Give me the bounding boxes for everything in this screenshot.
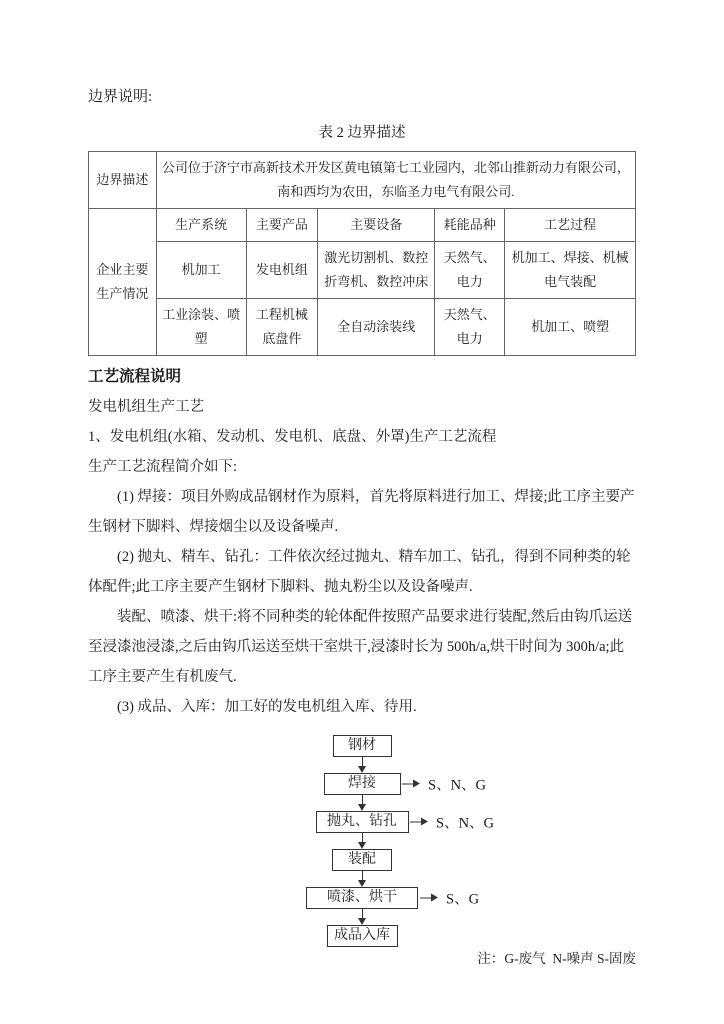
- flowchart-legend-note: 注：G-废气 N-噪声 S-固废: [88, 949, 636, 969]
- process-section-heading: 工艺流程说明: [88, 362, 636, 392]
- flow-node-steel: 钢材: [333, 735, 392, 757]
- table-row: 工业涂装、喷塑 工程机械底盘件 全自动涂装线 天然气、电力 机加工、喷塑: [89, 299, 636, 356]
- table-cell: 发电机组: [246, 242, 318, 299]
- table-cell: 机加工、焊接、机械电气装配: [505, 242, 636, 299]
- table-row: 企业主要生产情况 生产系统 主要产品 主要设备 耗能品种 工艺过程: [89, 209, 636, 242]
- process-paragraph-assembly-painting: 装配、喷漆、烘干:将不同种类的轮体配件按照产品要求进行装配,然后由钩爪运送至浸漆…: [88, 602, 636, 692]
- flow-node-welding: 焊接: [324, 773, 401, 795]
- flow-side-output: S、N、G: [410, 812, 494, 833]
- boundary-text-cell: 公司位于济宁市高新技术开发区黄电镇第七工业园内，北邻山推新动力有限公司，南和西均…: [156, 152, 635, 209]
- down-arrow-icon: [358, 909, 367, 925]
- flow-side-label: S、N、G: [436, 812, 494, 833]
- right-arrow-icon: [410, 818, 429, 827]
- flow-row: 装配: [88, 849, 636, 871]
- process-subheading: 发电机组生产工艺: [88, 392, 636, 422]
- table-row: 边界描述 公司位于济宁市高新技术开发区黄电镇第七工业园内，北邻山推新动力有限公司…: [89, 152, 636, 209]
- process-paragraph-shot-blasting: (2) 抛丸、精车、钻孔：工件依次经过抛丸、精车加工、钻孔，得到不同种类的轮体配…: [88, 542, 636, 602]
- table-header-cell: 耗能品种: [435, 209, 505, 242]
- down-arrow-icon: [358, 757, 367, 773]
- right-arrow-icon: [402, 780, 421, 789]
- boundary-section-heading: 边界说明:: [88, 86, 636, 108]
- table-cell: 天然气、电力: [435, 299, 505, 356]
- flow-node-shot-drill: 抛丸、钻孔: [316, 811, 409, 833]
- production-label-cell: 企业主要生产情况: [89, 209, 157, 356]
- boundary-table: 边界描述 公司位于济宁市高新技术开发区黄电镇第七工业园内，北邻山推新动力有限公司…: [88, 151, 636, 356]
- flow-side-output: S、G: [420, 888, 479, 909]
- flow-row: 抛丸、钻孔 S、N、G: [88, 811, 636, 833]
- process-paragraph-welding: (1) 焊接：项目外购成品钢材作为原料，首先将原料进行加工、焊接;此工序主要产生…: [88, 482, 636, 542]
- table-header-cell: 生产系统: [156, 209, 246, 242]
- down-arrow-icon: [358, 833, 367, 849]
- right-arrow-icon: [420, 894, 439, 903]
- flow-row: 钢材: [88, 735, 636, 757]
- flow-row: 焊接 S、N、G: [88, 773, 636, 795]
- flow-side-label: S、G: [446, 888, 479, 909]
- down-arrow-icon: [358, 795, 367, 811]
- flow-node-assembly: 装配: [332, 849, 392, 871]
- flow-row: 喷漆、烘干 S、G: [88, 887, 636, 909]
- table-row: 机加工 发电机组 激光切割机、数控折弯机、数控冲床 天然气、电力 机加工、焊接、…: [89, 242, 636, 299]
- document-page: 边界说明: 表 2 边界描述 边界描述 公司位于济宁市高新技术开发区黄电镇第七工…: [0, 0, 724, 1024]
- flow-side-output: S、N、G: [402, 774, 486, 795]
- table-cell: 机加工: [156, 242, 246, 299]
- flow-side-label: S、N、G: [428, 774, 486, 795]
- process-flowchart: 钢材 焊接 S、N、G 抛丸、钻孔 S、N、G 装配 喷漆、烘干: [88, 735, 636, 947]
- boundary-label-cell: 边界描述: [89, 152, 157, 209]
- table-cell: 激光切割机、数控折弯机、数控冲床: [318, 242, 435, 299]
- table-cell: 全自动涂装线: [318, 299, 435, 356]
- table-header-cell: 主要产品: [246, 209, 318, 242]
- process-line-2: 生产工艺流程简介如下:: [88, 452, 636, 482]
- process-paragraph-finished-goods: (3) 成品、入库：加工好的发电机组入库、待用.: [88, 692, 636, 722]
- table-cell: 天然气、电力: [435, 242, 505, 299]
- table-cell: 机加工、喷塑: [505, 299, 636, 356]
- flow-node-warehouse: 成品入库: [327, 925, 398, 947]
- table-cell: 工业涂装、喷塑: [156, 299, 246, 356]
- flow-row: 成品入库: [88, 925, 636, 947]
- down-arrow-icon: [358, 871, 367, 887]
- flow-node-paint-dry: 喷漆、烘干: [306, 887, 418, 909]
- table-caption: 表 2 边界描述: [88, 121, 636, 142]
- table-cell: 工程机械底盘件: [246, 299, 318, 356]
- table-header-cell: 主要设备: [318, 209, 435, 242]
- process-line-1: 1、发电机组(水箱、发动机、发电机、底盘、外罩)生产工艺流程: [88, 422, 636, 452]
- table-header-cell: 工艺过程: [505, 209, 636, 242]
